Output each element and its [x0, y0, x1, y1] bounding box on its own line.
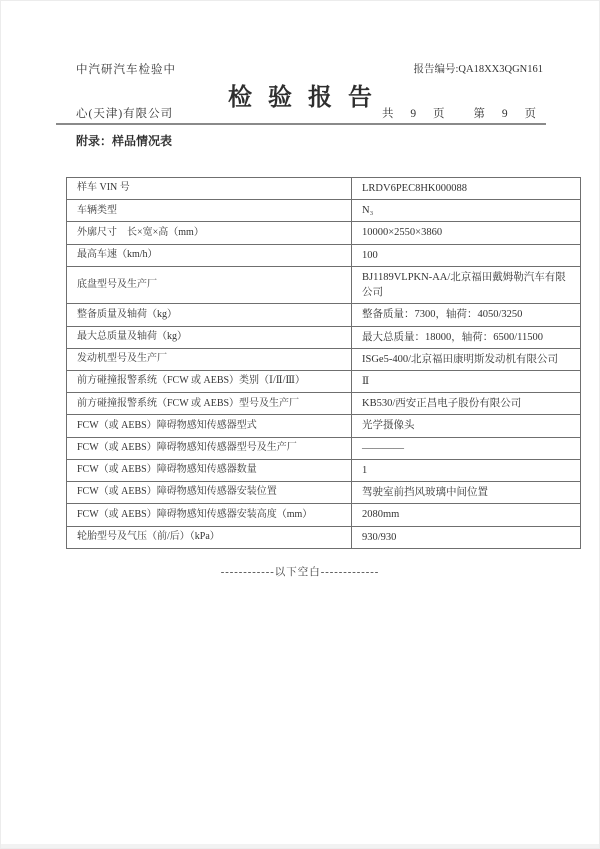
row-label: 整备质量及轴荷（kg）: [67, 304, 352, 326]
row-value: 10000×2550×3860: [352, 222, 581, 244]
row-label: 最高车速（km/h）: [67, 244, 352, 266]
header-divider: [56, 123, 546, 125]
table-row-vehicle-type: 车辆类型 N₃: [67, 200, 581, 222]
report-number-label: 报告编号:: [413, 64, 458, 75]
row-label: FCW（或 AEBS）障碍物感知传感器数量: [67, 459, 352, 481]
table-row-tire: 轮胎型号及气压（前/后）（kPa） 930/930: [67, 526, 581, 548]
table-row-max-speed: 最高车速（km/h） 100: [67, 244, 581, 266]
row-value: N₃: [352, 200, 581, 222]
row-label: FCW（或 AEBS）障碍物感知传感器安装位置: [67, 482, 352, 504]
row-value: 驾驶室前挡风玻璃中间位置: [352, 482, 581, 504]
row-label: FCW（或 AEBS）障碍物感知传感器型号及生产厂: [67, 437, 352, 459]
report-number: 报告编号:QA18XX3QGN161: [413, 61, 543, 76]
table-row-chassis: 底盘型号及生产厂 BJ1189VLPKN-AA/北京福田戴姆勒汽车有限公司: [67, 266, 581, 303]
row-value: ————: [352, 437, 581, 459]
table-row-fcw-category: 前方碰撞报警系统（FCW 或 AEBS）类别（Ⅰ/Ⅱ/Ⅲ） Ⅱ: [67, 370, 581, 392]
table-row-curb-mass: 整备质量及轴荷（kg） 整备质量：7300，轴荷：4050/3250: [67, 304, 581, 326]
row-value: BJ1189VLPKN-AA/北京福田戴姆勒汽车有限公司: [352, 266, 581, 303]
table-row-fcw-model: 前方碰撞报警系统（FCW 或 AEBS）型号及生产厂 KB530/西安正昌电子股…: [67, 393, 581, 415]
report-number-value: QA18XX3QGN161: [458, 64, 543, 75]
row-label: 外廓尺寸 长×宽×高（mm）: [67, 222, 352, 244]
row-value: 2080mm: [352, 504, 581, 526]
table-row-sensor-position: FCW（或 AEBS）障碍物感知传感器安装位置 驾驶室前挡风玻璃中间位置: [67, 482, 581, 504]
page-bottom-edge: [1, 844, 599, 848]
page-count: 共 9 页第 9 页: [382, 105, 543, 121]
row-value: KB530/西安正昌电子股份有限公司: [352, 393, 581, 415]
row-label: 前方碰撞报警系统（FCW 或 AEBS）型号及生产厂: [67, 393, 352, 415]
row-label: 车辆类型: [67, 200, 352, 222]
table-row-sensor-type: FCW（或 AEBS）障碍物感知传感器型式 光学摄像头: [67, 415, 581, 437]
row-value: 整备质量：7300，轴荷：4050/3250: [352, 304, 581, 326]
pages-total: 共 9 页: [382, 108, 452, 120]
blank-below-note: ------------以下空白-------------: [1, 564, 599, 579]
org-name-line2: 心(天津)有限公司: [76, 105, 173, 121]
row-value: 100: [352, 244, 581, 266]
table-row-vin: 样车 VIN 号 LRDV6PEC8HK000088: [67, 178, 581, 200]
table-row-engine: 发动机型号及生产厂 ISGe5-400/北京福田康明斯发动机有限公司: [67, 348, 581, 370]
table-row-sensor-height: FCW（或 AEBS）障碍物感知传感器安装高度（mm） 2080mm: [67, 504, 581, 526]
sample-info-table: 样车 VIN 号 LRDV6PEC8HK000088 车辆类型 N₃ 外廓尺寸 …: [66, 177, 581, 549]
row-value: LRDV6PEC8HK000088: [352, 178, 581, 200]
report-page: 中汽研汽车检验中 检验报告 报告编号:QA18XX3QGN161 心(天津)有限…: [0, 0, 600, 849]
org-name-line1: 中汽研汽车检验中: [76, 61, 176, 77]
row-label: 底盘型号及生产厂: [67, 266, 352, 303]
row-value: 光学摄像头: [352, 415, 581, 437]
table-row-dimensions: 外廓尺寸 长×宽×高（mm） 10000×2550×3860: [67, 222, 581, 244]
row-value: Ⅱ: [352, 370, 581, 392]
row-value: ISGe5-400/北京福田康明斯发动机有限公司: [352, 348, 581, 370]
pages-current: 第 9 页: [474, 108, 544, 120]
table-row-sensor-model: FCW（或 AEBS）障碍物感知传感器型号及生产厂 ————: [67, 437, 581, 459]
row-label: FCW（或 AEBS）障碍物感知传感器安装高度（mm）: [67, 504, 352, 526]
row-label: 前方碰撞报警系统（FCW 或 AEBS）类别（Ⅰ/Ⅱ/Ⅲ）: [67, 370, 352, 392]
row-label: 轮胎型号及气压（前/后）（kPa）: [67, 526, 352, 548]
row-value: 930/930: [352, 526, 581, 548]
row-label: 最大总质量及轴荷（kg）: [67, 326, 352, 348]
table-row-max-mass: 最大总质量及轴荷（kg） 最大总质量：18000，轴荷：6500/11500: [67, 326, 581, 348]
row-label: FCW（或 AEBS）障碍物感知传感器型式: [67, 415, 352, 437]
row-value: 1: [352, 459, 581, 481]
row-label: 发动机型号及生产厂: [67, 348, 352, 370]
row-value: 最大总质量：18000，轴荷：6500/11500: [352, 326, 581, 348]
appendix-title: 附录：样品情况表: [76, 132, 172, 149]
table-row-sensor-count: FCW（或 AEBS）障碍物感知传感器数量 1: [67, 459, 581, 481]
row-label: 样车 VIN 号: [67, 178, 352, 200]
